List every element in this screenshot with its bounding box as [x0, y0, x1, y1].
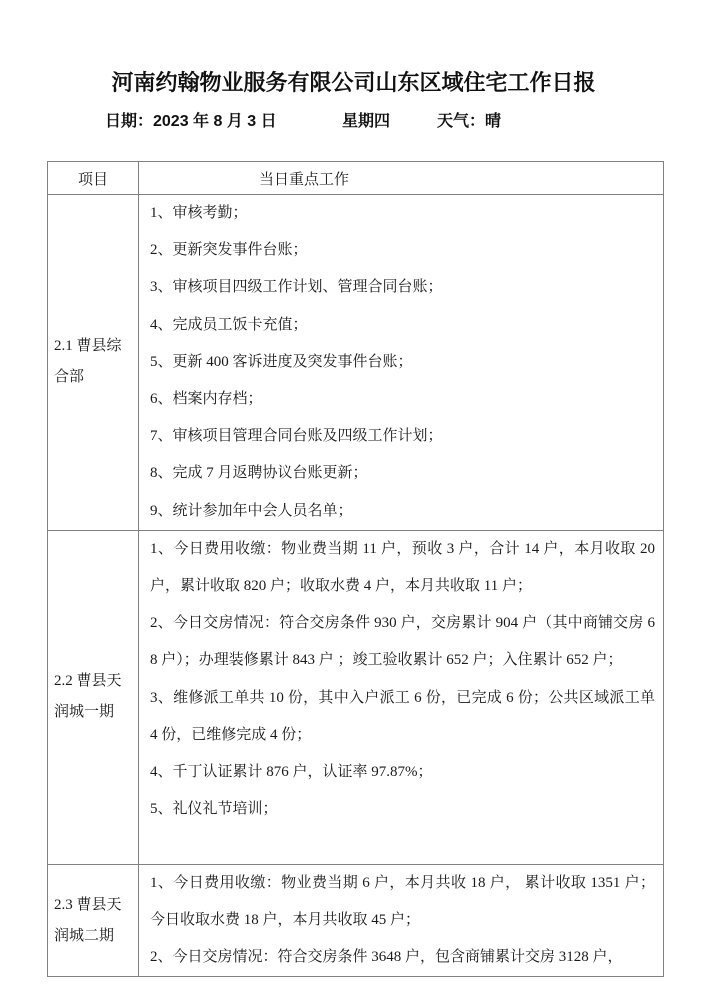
work-item: 9、统计参加年中会人员名单；: [150, 493, 655, 530]
weather-label: 天气：晴: [437, 110, 501, 134]
meta-line: 日期：2023 年 8 月 3 日 星期四 天气：晴: [0, 110, 707, 134]
table-row: 2.3 曹县天润城二期1、今日费用收缴：物业费当期 6 户，本月共收 18 户，…: [48, 864, 664, 977]
work-item: 1、审核考勤；: [150, 195, 655, 232]
table-row: 2.2 曹县天润城一期1、今日费用收缴：物业费当期 11 户，预收 3 户，合计…: [48, 530, 664, 864]
work-items-cell: 1、今日费用收缴：物业费当期 6 户，本月共收 18 户， 累计收取 1351 …: [139, 864, 664, 977]
table-header-row: 项目 当日重点工作: [48, 162, 664, 195]
date-label: 日期：2023 年 8 月 3 日: [105, 110, 277, 134]
work-item: 5、礼仪礼节培训；: [150, 791, 655, 828]
page-title: 河南约翰物业服务有限公司山东区域住宅工作日报: [0, 68, 707, 98]
report-page: { "page": { "title": "河南约翰物业服务有限公司山东区域住宅…: [0, 0, 707, 999]
work-item: 2、更新突发事件台账；: [150, 232, 655, 269]
work-item: 4、完成员工饭卡充值；: [150, 307, 655, 344]
work-item: 1、今日费用收缴：物业费当期 6 户，本月共收 18 户， 累计收取 1351 …: [150, 865, 655, 939]
work-item: 1、今日费用收缴：物业费当期 11 户，预收 3 户，合计 14 户，本月收取 …: [150, 531, 655, 605]
table-row: 2.1 曹县综合部1、审核考勤；2、更新突发事件台账；3、审核项目四级工作计划、…: [48, 195, 664, 531]
work-items-cell: 1、今日费用收缴：物业费当期 11 户，预收 3 户，合计 14 户，本月收取 …: [139, 530, 664, 864]
project-cell: 2.1 曹县综合部: [48, 195, 139, 531]
daily-report-table: 项目 当日重点工作 2.1 曹县综合部1、审核考勤；2、更新突发事件台账；3、审…: [47, 161, 664, 977]
work-item: 6、档案内存档；: [150, 381, 655, 418]
project-column-header: 项目: [48, 162, 139, 195]
report-table-body: 2.1 曹县综合部1、审核考勤；2、更新突发事件台账；3、审核项目四级工作计划、…: [48, 195, 664, 977]
work-items-cell: 1、审核考勤；2、更新突发事件台账；3、审核项目四级工作计划、管理合同台账；4、…: [139, 195, 664, 531]
work-item: 3、维修派工单共 10 份，其中入户派工 6 份，已完成 6 份；公共区域派工单…: [150, 680, 655, 754]
work-item: 2、今日交房情况：符合交房条件 930 户，交房累计 904 户（其中商铺交房 …: [150, 605, 655, 679]
work-item: 3、审核项目四级工作计划、管理合同台账；: [150, 269, 655, 306]
work-item: 8、完成 7 月返聘协议台账更新；: [150, 455, 655, 492]
weekday-label: 星期四: [342, 110, 390, 134]
project-cell: 2.3 曹县天润城二期: [48, 864, 139, 977]
work-item: 4、千丁认证累计 876 户，认证率 97.87%；: [150, 754, 655, 791]
work-item: 5、更新 400 客诉进度及突发事件台账；: [150, 344, 655, 381]
work-item: 7、审核项目管理合同台账及四级工作计划；: [150, 418, 655, 455]
work-column-header: 当日重点工作: [139, 162, 664, 195]
project-cell: 2.2 曹县天润城一期: [48, 530, 139, 864]
work-item: 2、今日交房情况：符合交房条件 3648 户，包含商铺累计交房 3128 户，: [150, 939, 655, 976]
